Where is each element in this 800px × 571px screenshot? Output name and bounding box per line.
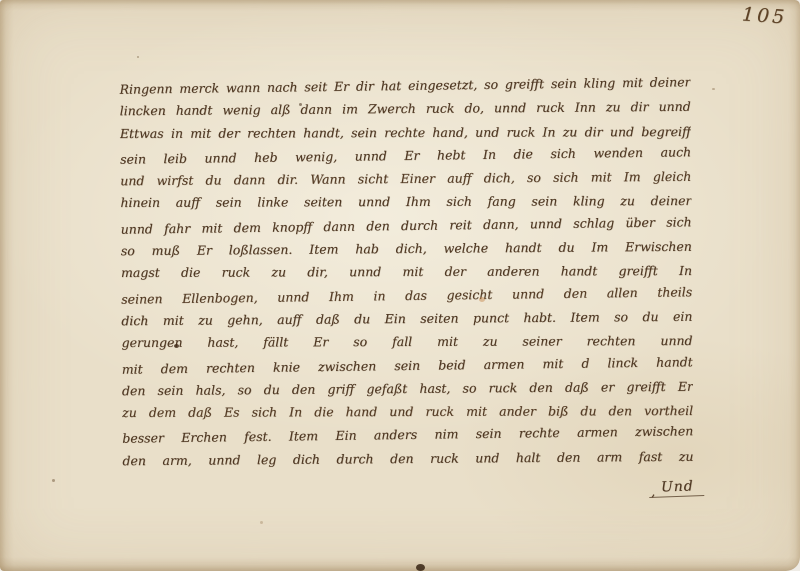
ink-speck (712, 88, 715, 90)
ink-speck (137, 56, 139, 58)
ink-speck (52, 479, 55, 482)
folio-number: 105 (741, 3, 788, 28)
ink-speck (299, 103, 302, 106)
catchword: Und (649, 478, 704, 498)
ink-blot (174, 344, 179, 348)
manuscript-photo: 105 Ringenn merck wann nach seit Er dir … (0, 0, 800, 571)
edge-blot (416, 564, 425, 571)
foxing-spot (479, 297, 485, 302)
foxing-spot (260, 521, 263, 524)
text-block: Ringenn merck wann nach seit Er dir hat … (119, 72, 693, 473)
